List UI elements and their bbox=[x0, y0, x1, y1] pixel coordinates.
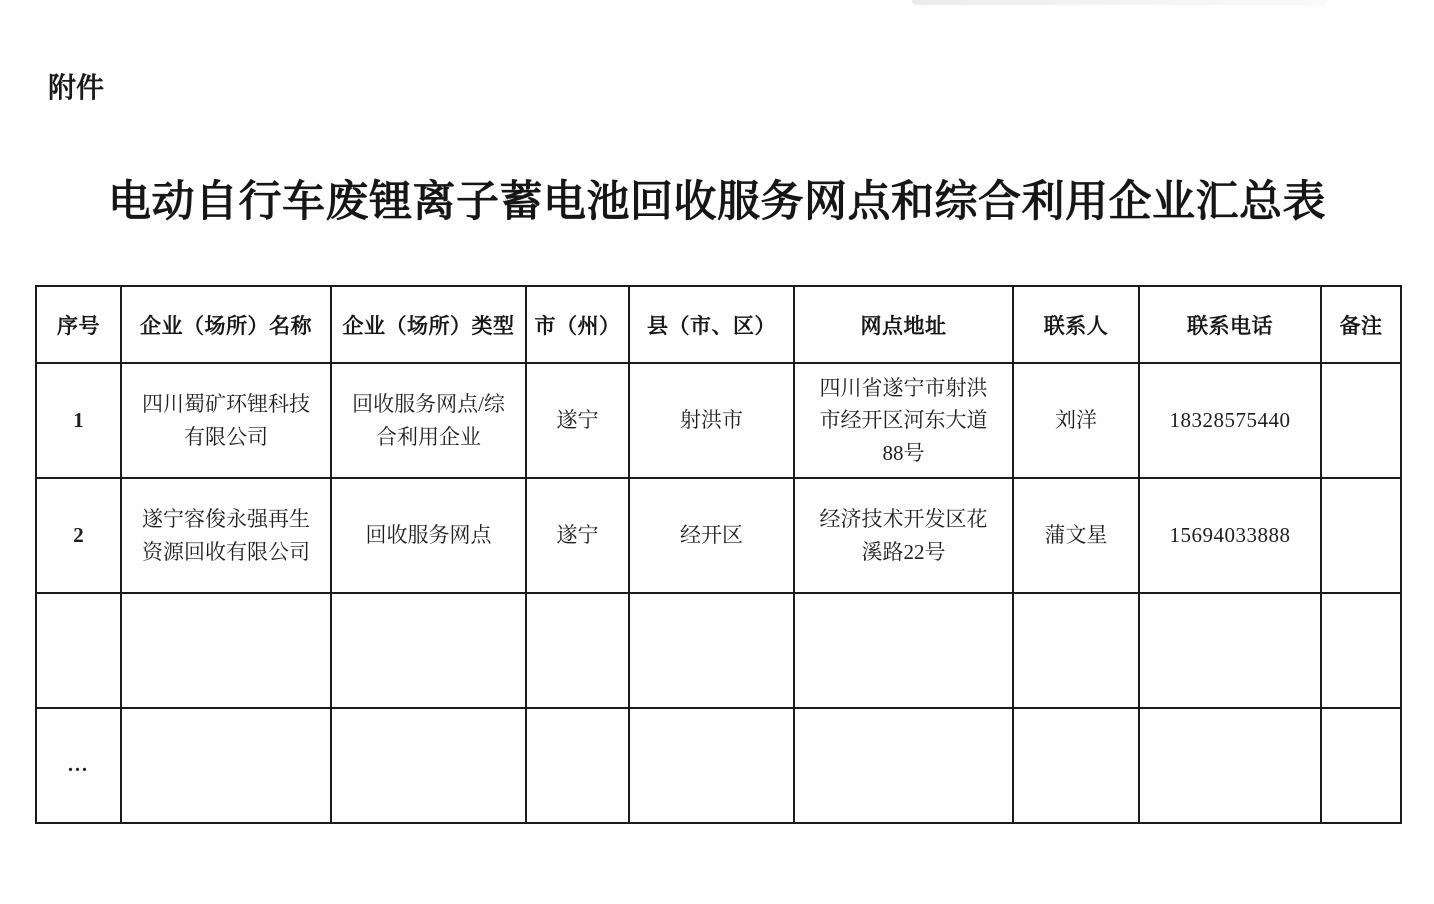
cell-city: 遂宁 bbox=[526, 363, 629, 478]
cell-remark bbox=[1321, 363, 1401, 478]
cell-county bbox=[629, 708, 794, 823]
cell-city bbox=[526, 708, 629, 823]
cell-address: 四川省遂宁市射洪市经开区河东大道88号 bbox=[794, 363, 1013, 478]
cell-no: ... bbox=[36, 708, 121, 823]
cell-no: 2 bbox=[36, 478, 121, 593]
cell-name bbox=[121, 593, 331, 708]
cell-city: 遂宁 bbox=[526, 478, 629, 593]
table-row: 2 遂宁容俊永强再生资源回收有限公司 回收服务网点 遂宁 经开区 经济技术开发区… bbox=[36, 478, 1401, 593]
cell-contact bbox=[1013, 593, 1139, 708]
cell-remark bbox=[1321, 593, 1401, 708]
cell-county: 经开区 bbox=[629, 478, 794, 593]
table-row bbox=[36, 593, 1401, 708]
cell-city bbox=[526, 593, 629, 708]
page-title: 电动自行车废锂离子蓄电池回收服务网点和综合利用企业汇总表 bbox=[0, 168, 1434, 229]
cell-address: 经济技术开发区花溪路22号 bbox=[794, 478, 1013, 593]
cell-remark bbox=[1321, 708, 1401, 823]
cell-name: 四川蜀矿环锂科技有限公司 bbox=[121, 363, 331, 478]
table-header-row: 序号 企业（场所）名称 企业（场所）类型 市（州） 县（市、区） 网点地址 联系… bbox=[36, 286, 1401, 363]
cell-type: 回收服务网点 bbox=[331, 478, 526, 593]
cell-no: 1 bbox=[36, 363, 121, 478]
header-no: 序号 bbox=[36, 286, 121, 363]
cell-contact: 刘洋 bbox=[1013, 363, 1139, 478]
header-phone: 联系电话 bbox=[1139, 286, 1321, 363]
cell-phone bbox=[1139, 593, 1321, 708]
table-row: 1 四川蜀矿环锂科技有限公司 回收服务网点/综合利用企业 遂宁 射洪市 四川省遂… bbox=[36, 363, 1401, 478]
header-remark: 备注 bbox=[1321, 286, 1401, 363]
cell-county bbox=[629, 593, 794, 708]
cell-remark bbox=[1321, 478, 1401, 593]
top-edge-artifact bbox=[912, 0, 1327, 5]
table-row-ellipsis: ... bbox=[36, 708, 1401, 823]
cell-phone: 15694033888 bbox=[1139, 478, 1321, 593]
header-county: 县（市、区） bbox=[629, 286, 794, 363]
header-city: 市（州） bbox=[526, 286, 629, 363]
cell-name bbox=[121, 708, 331, 823]
cell-name: 遂宁容俊永强再生资源回收有限公司 bbox=[121, 478, 331, 593]
cell-no bbox=[36, 593, 121, 708]
cell-type: 回收服务网点/综合利用企业 bbox=[331, 363, 526, 478]
cell-type bbox=[331, 593, 526, 708]
header-name: 企业（场所）名称 bbox=[121, 286, 331, 363]
cell-contact: 蒲文星 bbox=[1013, 478, 1139, 593]
cell-phone: 18328575440 bbox=[1139, 363, 1321, 478]
cell-county: 射洪市 bbox=[629, 363, 794, 478]
summary-table: 序号 企业（场所）名称 企业（场所）类型 市（州） 县（市、区） 网点地址 联系… bbox=[35, 285, 1402, 824]
cell-address bbox=[794, 593, 1013, 708]
document-page: 附件 电动自行车废锂离子蓄电池回收服务网点和综合利用企业汇总表 序号 企业（场所… bbox=[0, 0, 1434, 904]
cell-phone bbox=[1139, 708, 1321, 823]
cell-address bbox=[794, 708, 1013, 823]
attachment-label: 附件 bbox=[48, 66, 104, 106]
header-contact: 联系人 bbox=[1013, 286, 1139, 363]
cell-type bbox=[331, 708, 526, 823]
header-type: 企业（场所）类型 bbox=[331, 286, 526, 363]
header-address: 网点地址 bbox=[794, 286, 1013, 363]
cell-contact bbox=[1013, 708, 1139, 823]
